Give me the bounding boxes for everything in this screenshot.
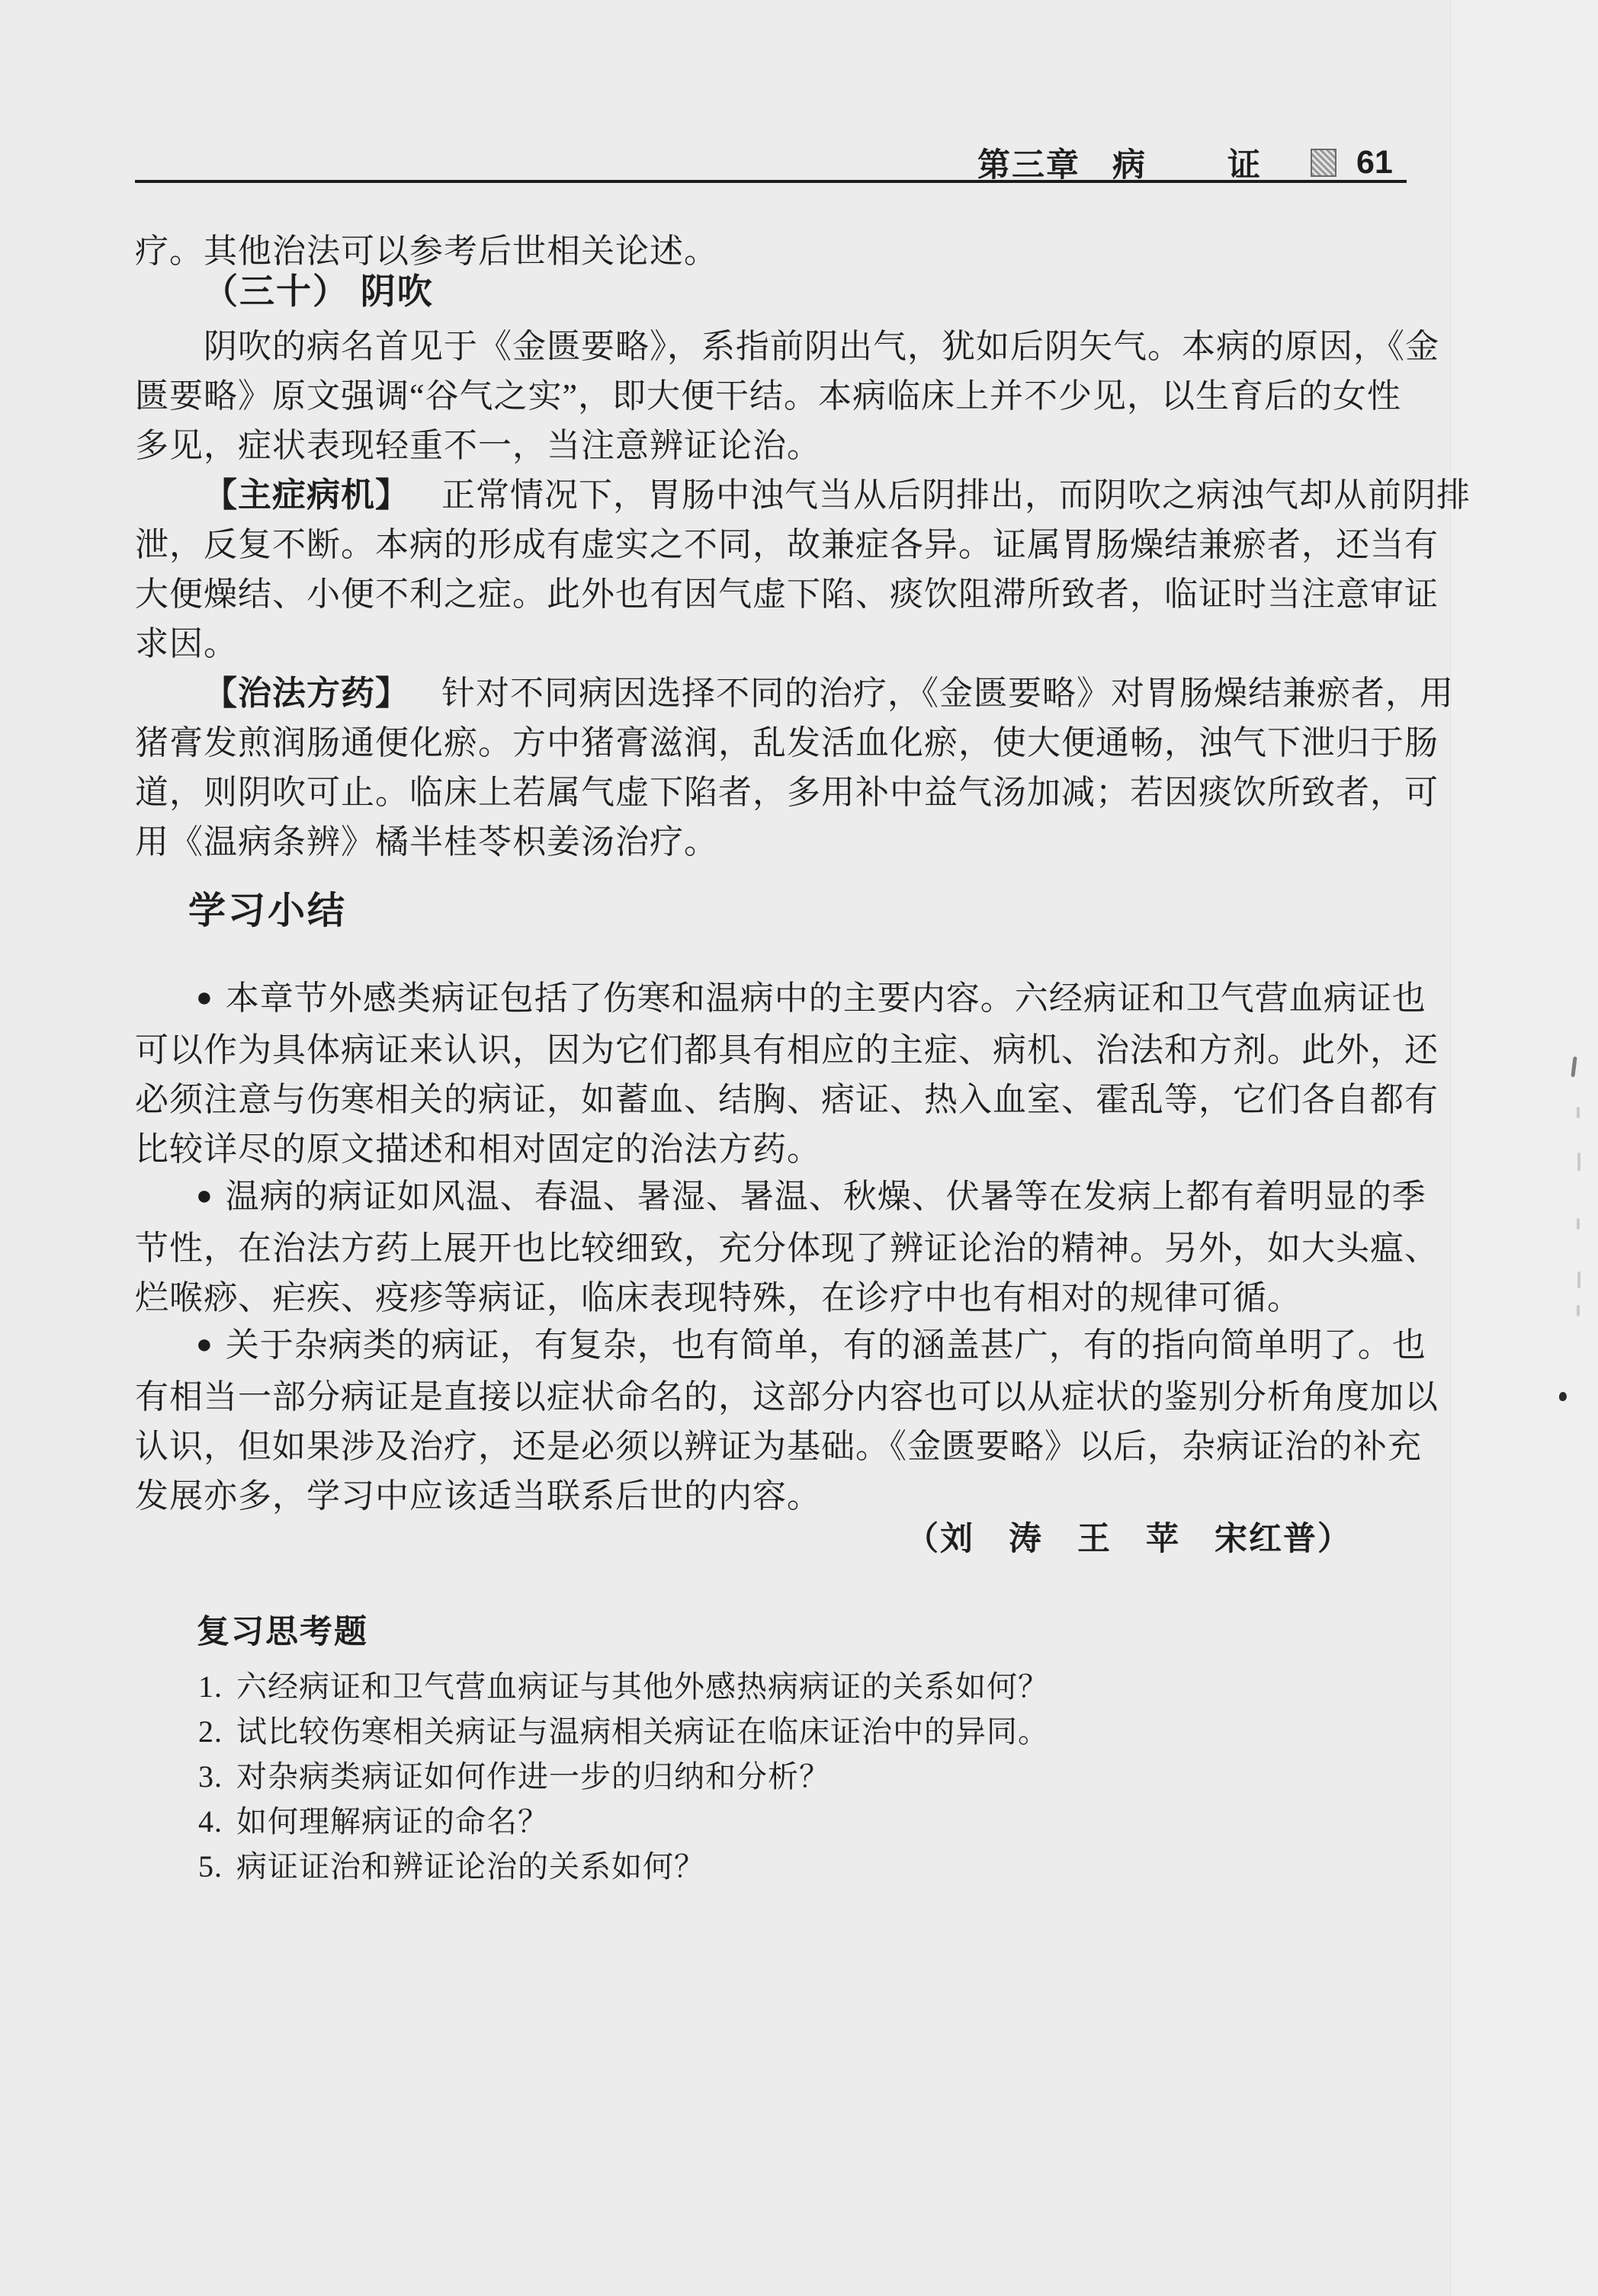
text-line: 必须注意与伤寒相关的病证，如蓄血、结胸、痞证、热入血室、霍乱等，它们各自都有 bbox=[135, 1075, 1516, 1124]
question-text: 六经病证和卫气营血病证与其他外感热病病证的关系如何？ bbox=[236, 1669, 1049, 1704]
text-line: 猪膏发煎润肠通便化瘀。方中猪膏滋润，乱发活血化瘀，使大便通畅，浊气下泄归于肠 bbox=[135, 718, 1516, 768]
scan-artifact bbox=[1577, 1107, 1580, 1118]
text-line: 【主症病机】正常情况下，胃肠中浊气当从后阴排出，而阴吹之病浊气却从前阴排 bbox=[135, 470, 1516, 520]
text-line: 泄，反复不断。本病的形成有虚实之不同，故兼症各异。证属胃肠燥结兼瘀者，还当有 bbox=[135, 520, 1516, 569]
summary-bullet-2: ●温病的病证如风温、春温、暑湿、暑温、秋燥、伏暑等在发病上都有着明显的季 节性，… bbox=[135, 1172, 1516, 1323]
question-item: 5.病证证治和辨证论治的关系如何？ bbox=[198, 1845, 705, 1889]
bracket-label: 【主症病机】 bbox=[204, 476, 409, 514]
text-run: 温病的病证如风温、春温、暑湿、暑温、秋燥、伏暑等在发病上都有着明显的季 bbox=[226, 1178, 1426, 1215]
bullet-icon: ● bbox=[196, 1320, 213, 1369]
text-line: 烂喉痧、疟疾、疫疹等病证，临床表现特殊，在诊疗中也有相对的规律可循。 bbox=[135, 1273, 1516, 1323]
scan-artifact bbox=[1577, 1305, 1580, 1316]
text-line: 比较详尽的原文描述和相对固定的治法方药。 bbox=[135, 1124, 1516, 1174]
question-item: 3.对杂病类病证如何作进一步的归纳和分析？ bbox=[198, 1755, 830, 1799]
text-line: ●温病的病证如风温、春温、暑湿、暑温、秋燥、伏暑等在发病上都有着明显的季 bbox=[135, 1172, 1516, 1223]
text-line: 匮要略》原文强调“谷气之实”，即大便干结。本病临床上并不少见，以生育后的女性 bbox=[135, 371, 1516, 421]
text-run: 本章节外感类病证包括了伤寒和温病中的主要内容。六经病证和卫气营血病证也 bbox=[226, 980, 1426, 1017]
scan-artifact bbox=[1577, 1153, 1580, 1171]
paragraph-intro: 阴吹的病名首见于《金匮要略》，系指前阴出气，犹如后阴矢气。本病的原因，《金 匮要… bbox=[135, 322, 1516, 470]
text-line: 有相当一部分病证是直接以症状命名的，这部分内容也可以从症状的鉴别分析角度加以 bbox=[135, 1372, 1516, 1422]
question-item: 2.试比较伤寒相关病证与温病相关病证在临床证治中的异同。 bbox=[198, 1710, 1049, 1754]
scanned-book-page: 第三章 病 证 61 疗。其他治法可以参考后世相关论述。 （三十） 阴吹 阴吹的… bbox=[0, 0, 1598, 2296]
scan-artifact bbox=[1559, 1392, 1567, 1401]
question-text: 病证证治和辨证论治的关系如何？ bbox=[236, 1849, 705, 1884]
question-text: 对杂病类病证如何作进一步的归纳和分析？ bbox=[236, 1759, 830, 1794]
text-line: 【治法方药】针对不同病因选择不同的治疗，《金匮要略》对胃肠燥结兼瘀者，用 bbox=[135, 669, 1516, 718]
bullet-icon: ● bbox=[196, 973, 213, 1022]
question-number: 3. bbox=[198, 1755, 223, 1799]
text-line: 阴吹的病名首见于《金匮要略》，系指前阴出气，犹如后阴矢气。本病的原因，《金 bbox=[135, 322, 1516, 371]
text-line: 道，则阴吹可止。临床上若属气虚下陷者，多用补中益气汤加减；若因痰饮所致者，可 bbox=[135, 768, 1516, 817]
paragraph-symptoms-pathogenesis: 【主症病机】正常情况下，胃肠中浊气当从后阴排出，而阴吹之病浊气却从前阴排 泄，反… bbox=[135, 470, 1516, 669]
text-run: 针对不同病因选择不同的治疗，《金匮要略》对胃肠燥结兼瘀者，用 bbox=[441, 675, 1454, 712]
summary-bullet-1: ●本章节外感类病证包括了伤寒和温病中的主要内容。六经病证和卫气营血病证也 可以作… bbox=[135, 973, 1516, 1174]
chapter-label: 第三章 bbox=[977, 139, 1080, 186]
bullet-icon: ● bbox=[196, 1171, 213, 1220]
question-number: 4. bbox=[198, 1800, 223, 1844]
header-title-word2: 证 bbox=[1227, 139, 1262, 186]
authors-attribution: （刘 涛 王 苹 宋红普） bbox=[135, 1513, 1516, 1560]
page-number: 61 bbox=[1356, 144, 1393, 181]
scan-artifact bbox=[1577, 1271, 1580, 1288]
header-title-word1: 病 bbox=[1112, 139, 1147, 186]
text-line: 节性，在治法方药上展开也比较细致，充分体现了辨证论治的精神。另外，如大头瘟、 bbox=[135, 1223, 1516, 1273]
paragraph-treatment: 【治法方药】针对不同病因选择不同的治疗，《金匮要略》对胃肠燥结兼瘀者，用 猪膏发… bbox=[135, 669, 1516, 867]
text-line: ●本章节外感类病证包括了伤寒和温病中的主要内容。六经病证和卫气营血病证也 bbox=[135, 973, 1516, 1025]
text-line: 可以作为具体病证来认识，因为它们都具有相应的主症、病机、治法和方剂。此外，还 bbox=[135, 1025, 1516, 1075]
running-header: 第三章 病 证 61 bbox=[977, 139, 1393, 186]
text-line: 用《温病条辨》橘半桂苓枳姜汤治疗。 bbox=[135, 817, 1516, 867]
question-number: 5. bbox=[198, 1845, 223, 1889]
bracket-label: 【治法方药】 bbox=[204, 675, 409, 712]
text-line: 求因。 bbox=[135, 619, 1516, 669]
question-number: 2. bbox=[198, 1710, 223, 1754]
question-number: 1. bbox=[198, 1665, 223, 1709]
summary-bullet-3: ●关于杂病类的病证，有复杂，也有简单，有的涵盖甚广，有的指向简单明了。也 有相当… bbox=[135, 1320, 1516, 1521]
header-rule bbox=[135, 180, 1407, 183]
text-line: 认识，但如果涉及治疗，还是必须以辨证为基础。《金匮要略》以后，杂病证治的补充 bbox=[135, 1422, 1516, 1471]
question-text: 试比较伤寒相关病证与温病相关病证在临床证治中的异同。 bbox=[236, 1714, 1049, 1749]
question-text: 如何理解病证的命名？ bbox=[236, 1804, 549, 1839]
text-line: 多见，症状表现轻重不一，当注意辨证论治。 bbox=[135, 421, 1516, 470]
scan-artifact bbox=[1577, 1218, 1580, 1230]
text-line: 大便燥结、小便不利之症。此外也有因气虚下陷、痰饮阻滞所致者，临证时当注意审证 bbox=[135, 569, 1516, 619]
text-line: ●关于杂病类的病证，有复杂，也有简单，有的涵盖甚广，有的指向简单明了。也 bbox=[135, 1320, 1516, 1372]
section-heading-30: （三十） 阴吹 bbox=[203, 268, 434, 314]
text-run: 关于杂病类的病证，有复杂，也有简单，有的涵盖甚广，有的指向简单明了。也 bbox=[226, 1326, 1426, 1364]
question-item: 1.六经病证和卫气营血病证与其他外感热病病证的关系如何？ bbox=[198, 1665, 1049, 1709]
question-item: 4.如何理解病证的命名？ bbox=[198, 1800, 549, 1844]
review-questions-heading: 复习思考题 bbox=[197, 1610, 368, 1654]
text-run: 正常情况下，胃肠中浊气当从后阴排出，而阴吹之病浊气却从前阴排 bbox=[441, 476, 1471, 514]
halftone-square-icon bbox=[1311, 149, 1336, 177]
summary-heading: 学习小结 bbox=[188, 887, 347, 935]
